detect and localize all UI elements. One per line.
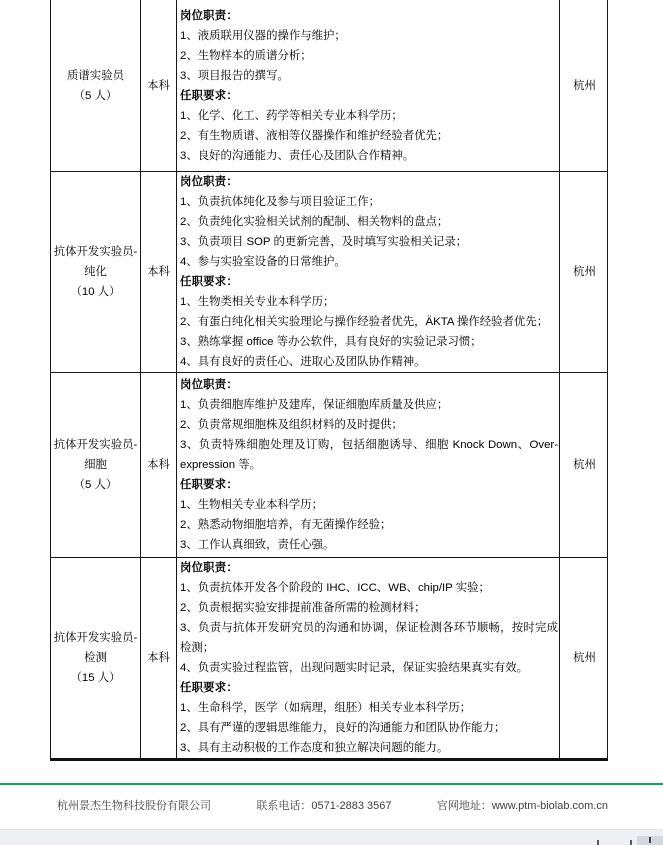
duty-line: 3、良好的沟通能力、责任心及团队合作精神。 bbox=[180, 146, 558, 166]
duty-line: 2、具有严谨的逻辑思维能力，良好的沟通能力和团队协作能力； bbox=[180, 718, 558, 738]
position-headcount: （15 人） bbox=[70, 668, 120, 688]
duty-section-header: 岗位职责： bbox=[180, 558, 558, 578]
table-row: 抗体开发实验员- 细胞 （5 人） 本科 岗位职责： 1、负责细胞库维护及建库，… bbox=[51, 372, 607, 557]
duty-section-header: 任职要求： bbox=[180, 272, 558, 292]
position-cell: 抗体开发实验员- 纯化 （10 人） bbox=[51, 172, 141, 372]
location-cell: 杭州 bbox=[560, 373, 609, 557]
job-table: 质谱实验员 （5 人） 本科 岗位职责： 1、液质联用仪器的操作与维护； 2、生… bbox=[50, 0, 608, 761]
duty-line: 3、具有主动积极的工作态度和独立解决问题的能力。 bbox=[180, 738, 558, 758]
duty-line: 3、负责项目 SOP 的更新完善，及时填写实验相关记录； bbox=[180, 232, 558, 252]
footer-divider bbox=[0, 783, 663, 785]
scroll-handle-icon bbox=[649, 837, 651, 843]
duty-section-header: 任职要求： bbox=[180, 678, 558, 698]
duty-line: 1、液质联用仪器的操作与维护； bbox=[180, 26, 558, 46]
education-cell: 本科 bbox=[141, 558, 177, 758]
position-title: 抗体开发实验员- bbox=[54, 628, 138, 648]
duty-line: 3、负责与抗体开发研究员的沟通和协调，保证检测各环节顺畅，按时完成检测； bbox=[180, 618, 558, 658]
education-cell: 本科 bbox=[141, 172, 177, 372]
duty-line: 2、负责纯化实验相关试剂的配制、相关物料的盘点； bbox=[180, 212, 558, 232]
duty-line: 2、有生物质谱、液相等仪器操作和维护经验者优先； bbox=[180, 126, 558, 146]
position-title: 质谱实验员 bbox=[67, 66, 124, 86]
position-title: 抗体开发实验员- bbox=[54, 435, 138, 455]
duty-section-header: 岗位职责： bbox=[180, 172, 558, 192]
duty-line: 2、负责根据实验安排提前准备所需的检测材料； bbox=[180, 598, 558, 618]
location-cell: 杭州 bbox=[560, 172, 609, 372]
duty-line: 1、负责抗体开发各个阶段的 IHC、ICC、WB、chip/IP 实验； bbox=[180, 578, 558, 598]
position-cell: 抗体开发实验员- 细胞 （5 人） bbox=[51, 373, 141, 557]
footer-company: 杭州景杰生物科技股份有限公司 bbox=[57, 797, 211, 813]
duty-line: 1、化学、化工、药学等相关专业本科学历； bbox=[180, 106, 558, 126]
table-row: 质谱实验员 （5 人） 本科 岗位职责： 1、液质联用仪器的操作与维护； 2、生… bbox=[51, 0, 607, 171]
education-cell: 本科 bbox=[141, 373, 177, 557]
duty-line: 3、熟练掌握 office 等办公软件，具有良好的实验记录习惯； bbox=[180, 332, 558, 352]
duty-line: 4、参与实验室设备的日常维护。 bbox=[180, 252, 558, 272]
duty-line: 3、工作认真细致，责任心强。 bbox=[180, 535, 558, 555]
duties-cell: 岗位职责： 1、负责细胞库维护及建库，保证细胞库质量及供应； 2、负责常规细胞株… bbox=[177, 373, 560, 557]
duty-line: 1、负责抗体纯化及参与项目验证工作； bbox=[180, 192, 558, 212]
duty-line: 1、负责细胞库维护及建库，保证细胞库质量及供应； bbox=[180, 395, 558, 415]
status-tick-icon bbox=[597, 840, 599, 845]
location-cell: 杭州 bbox=[560, 558, 609, 758]
location-cell: 杭州 bbox=[560, 0, 609, 171]
duty-line: 2、负责常规细胞株及组织材料的及时提供； bbox=[180, 415, 558, 435]
position-title: 细胞 bbox=[84, 455, 107, 475]
position-headcount: （5 人） bbox=[74, 475, 118, 495]
table-row: 抗体开发实验员- 纯化 （10 人） 本科 岗位职责： 1、负责抗体纯化及参与项… bbox=[51, 171, 607, 372]
scrollbar-corner[interactable] bbox=[637, 836, 663, 845]
duty-line: 3、负责特殊细胞处理及订购，包括细胞诱导、细胞 Knock Down、Over-… bbox=[180, 435, 558, 475]
position-cell: 抗体开发实验员- 检测 （15 人） bbox=[51, 558, 141, 758]
duty-section-header: 任职要求： bbox=[180, 86, 558, 106]
table-row: 抗体开发实验员- 检测 （15 人） 本科 岗位职责： 1、负责抗体开发各个阶段… bbox=[51, 557, 607, 758]
position-headcount: （10 人） bbox=[70, 282, 120, 302]
footer-website: 官网地址：www.ptm-biolab.com.cn bbox=[437, 797, 608, 813]
status-tick-icon bbox=[630, 840, 632, 845]
duty-line: 2、熟悉动物细胞培养，有无菌操作经验； bbox=[180, 515, 558, 535]
position-cell: 质谱实验员 （5 人） bbox=[51, 0, 141, 171]
position-headcount: （5 人） bbox=[74, 86, 118, 106]
footer-phone: 联系电话：0571-2883 3567 bbox=[256, 797, 391, 813]
duty-section-header: 岗位职责： bbox=[180, 6, 558, 26]
status-bar bbox=[0, 829, 663, 845]
duty-line: 3、项目报告的撰写。 bbox=[180, 66, 558, 86]
duties-cell: 岗位职责： 1、液质联用仪器的操作与维护； 2、生物样本的质谱分析； 3、项目报… bbox=[177, 0, 560, 171]
duty-line: 1、生物相关专业本科学历； bbox=[180, 495, 558, 515]
duty-line: 4、具有良好的责任心、进取心及团队协作精神。 bbox=[180, 352, 558, 372]
duty-line: 2、有蛋白纯化相关实验理论与操作经验者优先，ÄKTA 操作经验者优先； bbox=[180, 312, 558, 332]
duty-line: 4、负责实验过程监管，出现问题实时记录，保证实验结果真实有效。 bbox=[180, 658, 558, 678]
document-page: 质谱实验员 （5 人） 本科 岗位职责： 1、液质联用仪器的操作与维护； 2、生… bbox=[0, 0, 663, 845]
position-title: 检测 bbox=[84, 648, 107, 668]
duty-section-header: 任职要求： bbox=[180, 475, 558, 495]
duties-cell: 岗位职责： 1、负责抗体开发各个阶段的 IHC、ICC、WB、chip/IP 实… bbox=[177, 558, 560, 758]
page-footer: 杭州景杰生物科技股份有限公司 联系电话：0571-2883 3567 官网地址：… bbox=[0, 795, 663, 814]
education-cell: 本科 bbox=[141, 0, 177, 171]
duty-section-header: 岗位职责： bbox=[180, 375, 558, 395]
duty-line: 2、生物样本的质谱分析； bbox=[180, 46, 558, 66]
duty-line: 1、生物类相关专业本科学历； bbox=[180, 292, 558, 312]
duties-cell: 岗位职责： 1、负责抗体纯化及参与项目验证工作； 2、负责纯化实验相关试剂的配制… bbox=[177, 172, 560, 372]
position-title: 抗体开发实验员- bbox=[54, 242, 138, 262]
position-title: 纯化 bbox=[84, 262, 107, 282]
duty-line: 1、生命科学，医学（如病理，组胚）相关专业本科学历； bbox=[180, 698, 558, 718]
